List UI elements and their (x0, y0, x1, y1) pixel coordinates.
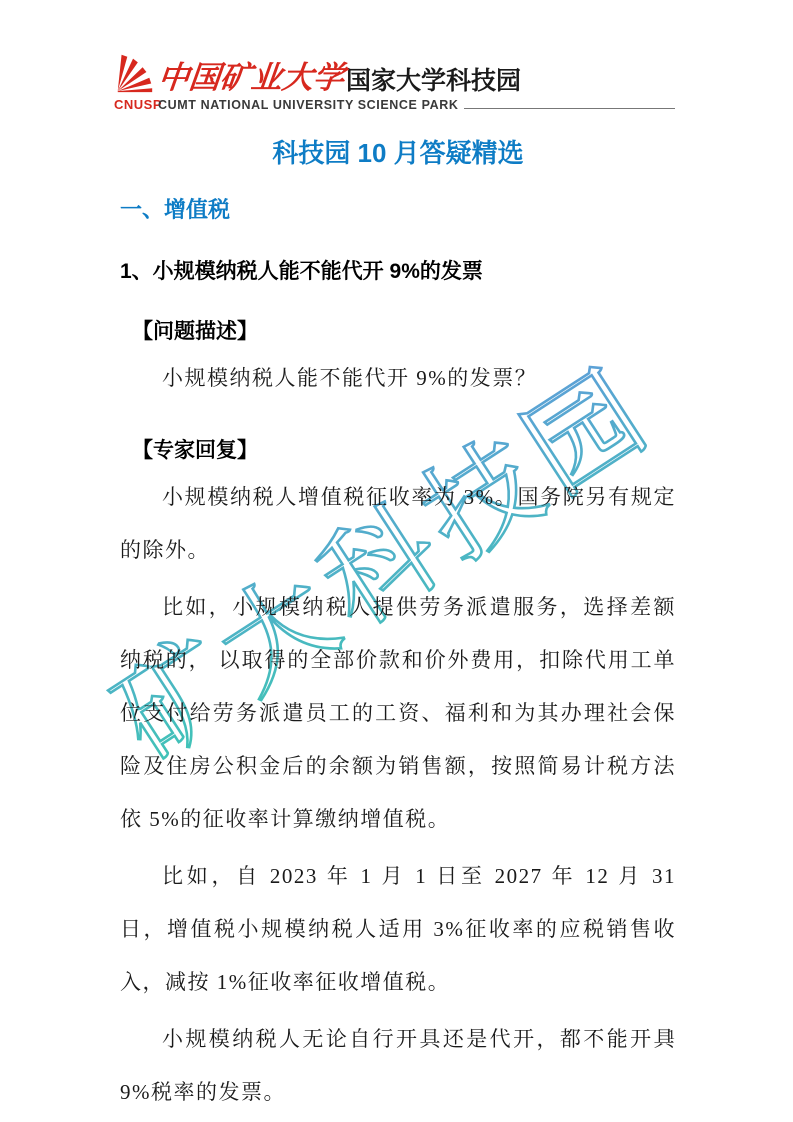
section-heading-vat: 一、增值税 (120, 196, 676, 224)
logo-english-name: CUMT NATIONAL UNIVERSITY SCIENCE PARK (158, 98, 458, 112)
page-number: 1 (668, 1028, 675, 1044)
problem-description-label: 【问题描述】 (132, 318, 676, 346)
document-content: 科技园 10 月答疑精选 一、增值税 1、小规模纳税人能不能代开 9%的发票 【… (120, 136, 676, 1119)
page-title: 科技园 10 月答疑精选 (120, 136, 676, 170)
header-rule (464, 108, 675, 109)
question-heading: 1、小规模纳税人能不能代开 9%的发票 (120, 258, 676, 286)
problem-text: 小规模纳税人能不能代开 9%的发票？ (120, 352, 676, 405)
logo-chinese-suffix: 国家大学科技园 (346, 69, 521, 94)
logo-acronym: CNUSP (114, 97, 158, 112)
expert-reply-label: 【专家回复】 (132, 437, 676, 465)
logo-top-row: 中国矿业大学 国家大学科技园 (114, 50, 675, 94)
reply-paragraph: 比如，自 2023 年 1 月 1 日至 2027 年 12 月 31 日，增值… (120, 850, 676, 1009)
reply-paragraph: 比如，小规模纳税人提供劳务派遣服务，选择差额纳税的， 以取得的全部价款和价外费用… (120, 581, 676, 846)
reply-paragraph: 小规模纳税人增值税征收率为 3%。国务院另有规定的除外。 (120, 471, 676, 577)
document-page: 矿大科技园 中国矿业大学 国家大学科技园 CNUSP CUMT NATIONAL… (0, 0, 793, 1122)
reply-paragraph: 小规模纳税人无论自行开具还是代开，都不能开具 9%税率的发票。 (120, 1013, 676, 1119)
logo-bottom-row: CNUSP CUMT NATIONAL UNIVERSITY SCIENCE P… (114, 97, 675, 112)
logo-chinese-calligraphy: 中国矿业大学 (156, 63, 345, 94)
university-fan-logo-icon (114, 50, 154, 94)
university-logo-header: 中国矿业大学 国家大学科技园 CNUSP CUMT NATIONAL UNIVE… (114, 50, 675, 112)
